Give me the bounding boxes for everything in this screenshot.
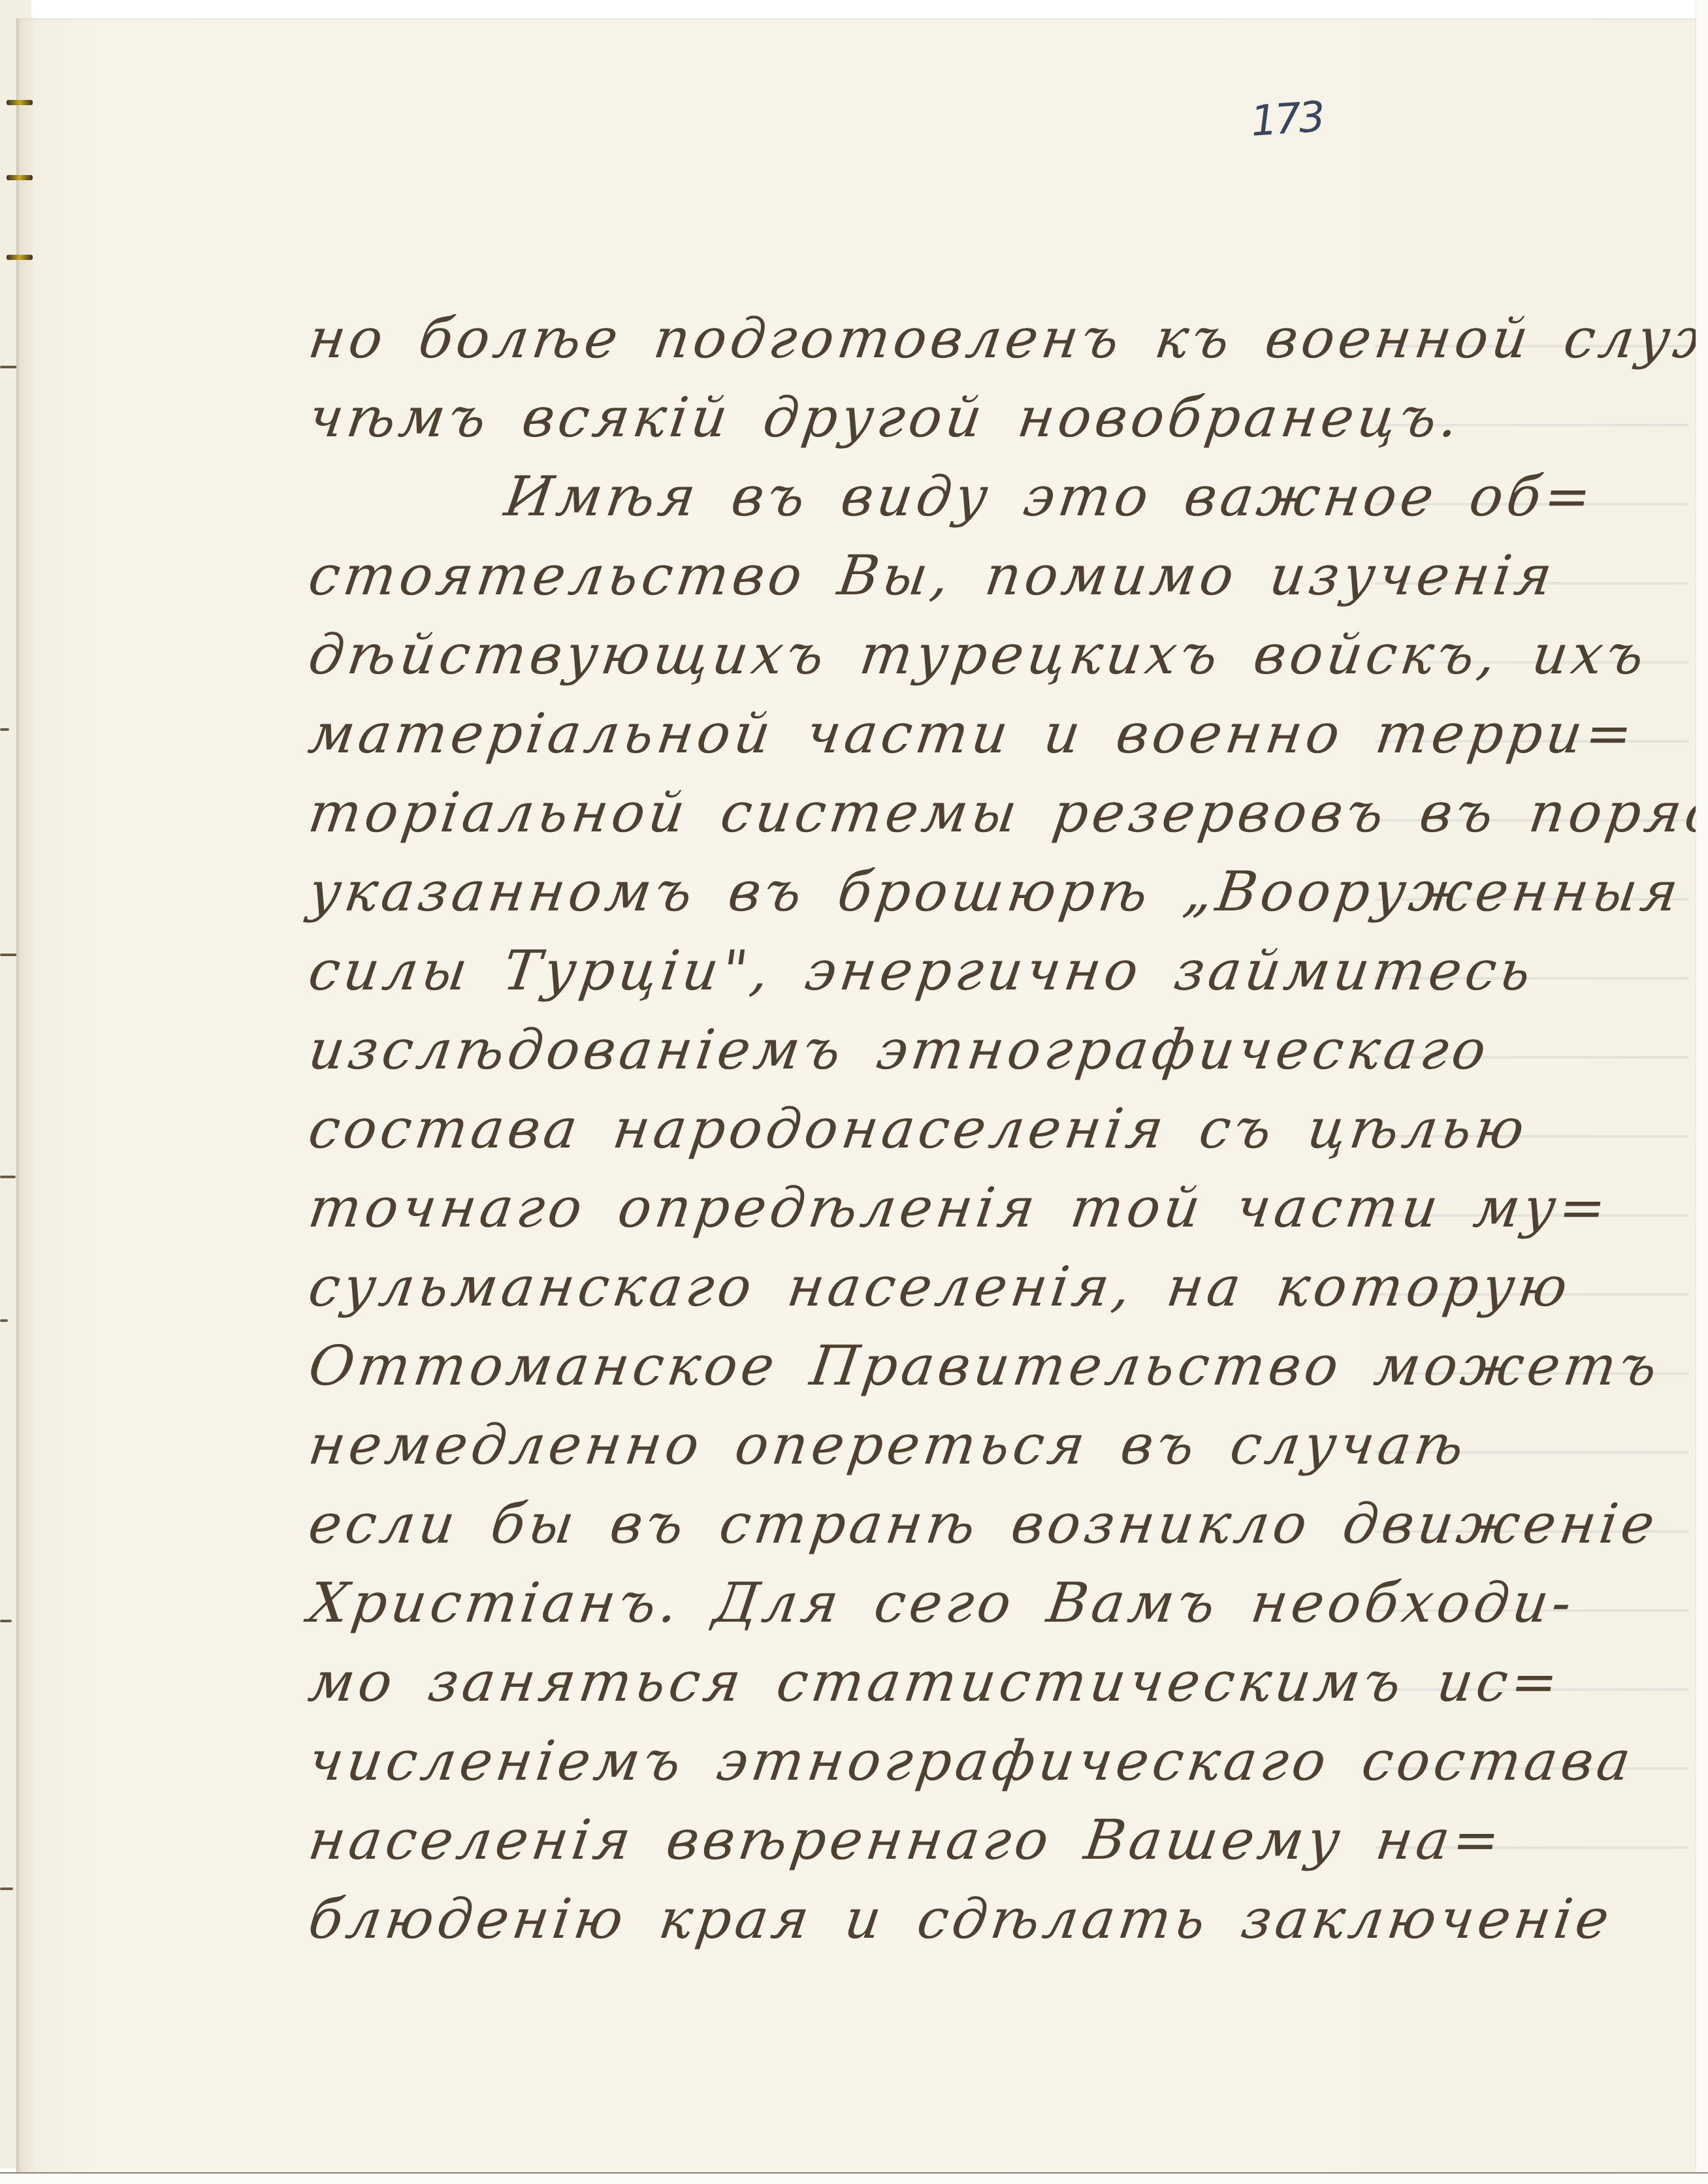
manuscript-page: 173 но болѣе подготовленъ къ военной слу…	[16, 18, 1698, 2174]
text-line: численіемъ этнографическаго состава	[304, 1722, 1706, 1801]
text-line: дѣйствующихъ турецкихъ войскъ, ихъ	[304, 615, 1706, 694]
bleed-mark	[0, 954, 17, 956]
text-line: точнаго опредѣленія той части му=	[304, 1168, 1706, 1247]
binding-staple	[7, 175, 33, 180]
binding-staple	[7, 100, 33, 105]
bleed-mark	[0, 1176, 16, 1178]
text-line: чѣмъ всякій другой новобранецъ.	[304, 378, 1706, 457]
text-line: силы Турціи", энергично займитесь	[304, 931, 1706, 1010]
page-bottom-edge	[0, 2172, 1708, 2184]
text-line: сульманскаго населенія, на которую	[304, 1247, 1706, 1326]
folio-number: 173	[1249, 93, 1325, 146]
text-line: если бы въ странѣ возникло движеніе	[304, 1485, 1706, 1564]
text-line: мо заняться статистическимъ ис=	[304, 1643, 1706, 1722]
text-line: немедленно опереться въ случаѣ	[304, 1405, 1706, 1485]
text-line: Оттоманское Правительство можетъ	[304, 1326, 1706, 1405]
text-line: но болѣе подготовленъ къ военной службѣ	[304, 299, 1706, 378]
bleed-mark	[0, 728, 9, 731]
text-line: изслѣдованіемъ этнографическаго	[304, 1010, 1706, 1089]
bleed-mark	[0, 1620, 12, 1622]
text-line: стоятельство Вы, помимо изученія	[304, 536, 1706, 615]
handwritten-text-body: но болѣе подготовленъ къ военной службѣ …	[304, 299, 1695, 1959]
text-line-paragraph-start: Имѣя въ виду это важное об=	[304, 457, 1706, 536]
text-line: указанномъ въ брошюрѣ „Вооруженныя	[304, 852, 1706, 931]
text-line: матеріальной части и военно терри=	[304, 694, 1706, 773]
text-line: блюденію края и сдѣлать заключеніе	[304, 1880, 1706, 1959]
bleed-mark	[0, 1319, 8, 1322]
text-line: Христіанъ. Для сего Вамъ необходи-	[304, 1564, 1706, 1643]
text-line: торіальной системы резервовъ въ порядкѣ	[304, 773, 1706, 852]
text-line: населенія ввѣреннаго Вашему на=	[304, 1801, 1706, 1880]
page-right-edge	[1696, 0, 1708, 2184]
binding-staple	[7, 255, 33, 260]
bleed-mark	[0, 1887, 13, 1890]
text-line: состава народонаселенія съ цѣлью	[304, 1089, 1706, 1168]
